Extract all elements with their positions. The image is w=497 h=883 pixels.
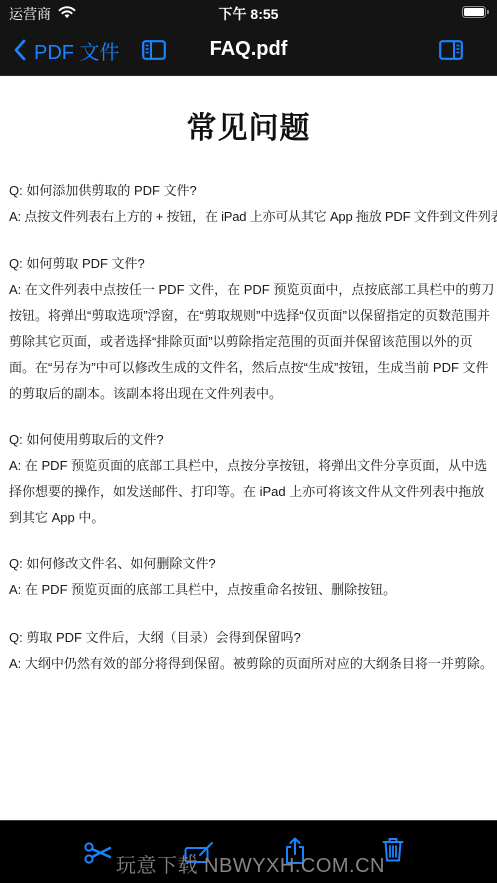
back-button[interactable]: PDF 文件	[14, 37, 120, 63]
inspector-toggle-icon[interactable]	[439, 40, 463, 60]
watermark-text: 玩意下载 NBWYXH.COM.CN	[116, 849, 385, 878]
pdf-page-content: 常见问题 Q: 如何添加供剪取的 PDF 文件? A: 点按文件列表右上方的 +…	[0, 77, 497, 820]
battery-tip	[487, 10, 489, 14]
rename-icon[interactable]	[184, 840, 216, 866]
bottom-toolbar: 玩意下载 NBWYXH.COM.CN	[0, 820, 497, 883]
chevron-left-icon	[14, 39, 26, 61]
faq-answer: A: 大纲中仍然有效的部分将得到保留。被剪除的页面所对应的大纲条目将一并剪除。	[9, 651, 495, 677]
sidebar-toggle-icon[interactable]	[142, 40, 166, 60]
faq-answer: A: 在 PDF 预览页面的底部工具栏中，点按分享按钮，将弹出文件分享页面，从中…	[9, 453, 495, 531]
scissors-icon[interactable]	[84, 842, 112, 864]
trash-icon[interactable]	[382, 837, 404, 863]
navigation-bar: PDF 文件 FAQ.pdf	[0, 26, 497, 76]
battery-icon	[462, 6, 486, 18]
faq-question: Q: 剪取 PDF 文件后，大纲（目录）会得到保留吗?	[9, 625, 495, 651]
document-title: 常见问题	[0, 103, 497, 147]
top-bar: 运营商 下午 8:55 PDF 文件 FAQ.pdf	[0, 0, 497, 76]
faq-item: Q: 剪取 PDF 文件后，大纲（目录）会得到保留吗? A: 大纲中仍然有效的部…	[9, 625, 495, 677]
status-time: 下午 8:55	[0, 4, 497, 24]
faq-item: Q: 如何使用剪取后的文件? A: 在 PDF 预览页面的底部工具栏中，点按分享…	[9, 427, 495, 531]
status-bar: 运营商 下午 8:55	[0, 0, 497, 26]
faq-item: Q: 如何修改文件名、如何删除文件? A: 在 PDF 预览页面的底部工具栏中，…	[9, 551, 495, 603]
share-icon[interactable]	[284, 837, 306, 865]
faq-question: Q: 如何剪取 PDF 文件?	[9, 251, 495, 277]
faq-answer: A: 在 PDF 预览页面的底部工具栏中，点按重命名按钮、删除按钮。	[9, 577, 495, 603]
back-button-label: PDF 文件	[34, 36, 120, 65]
faq-item: Q: 如何剪取 PDF 文件? A: 在文件列表中点按任一 PDF 文件，在 P…	[9, 251, 495, 407]
faq-answer: A: 在文件列表中点按任一 PDF 文件，在 PDF 预览页面中，点按底部工具栏…	[9, 277, 495, 407]
faq-question: Q: 如何修改文件名、如何删除文件?	[9, 551, 495, 577]
faq-question: Q: 如何添加供剪取的 PDF 文件?	[9, 178, 495, 204]
faq-item: Q: 如何添加供剪取的 PDF 文件? A: 点按文件列表右上方的 + 按钮，在…	[9, 178, 495, 230]
faq-question: Q: 如何使用剪取后的文件?	[9, 427, 495, 453]
faq-answer: A: 点按文件列表右上方的 + 按钮，在 iPad 上亦可从其它 App 拖放 …	[9, 204, 495, 230]
